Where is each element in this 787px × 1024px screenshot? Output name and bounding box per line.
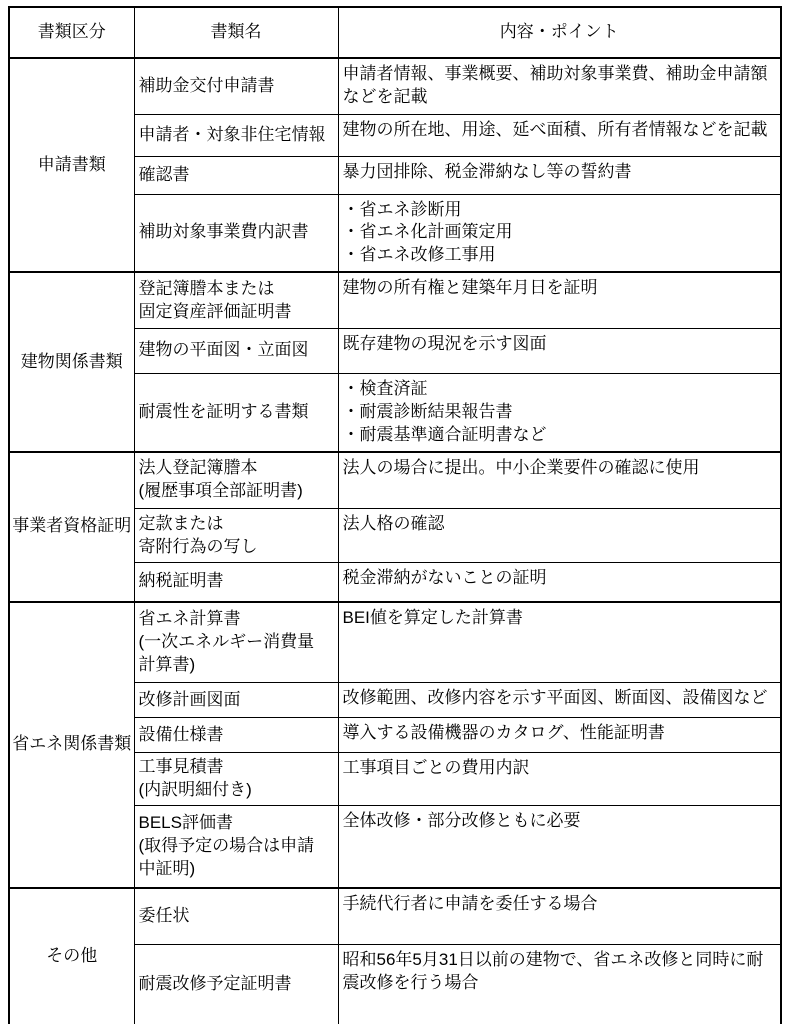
table-row: 申請書類補助金交付申請書申請者情報、事業概要、補助対象事業費、補助金申請額などを… xyxy=(9,58,781,114)
header-document-name: 書類名 xyxy=(134,7,338,58)
header-row: 書類区分 書類名 内容・ポイント xyxy=(9,7,781,58)
content-points-cell: ・省エネ診断用 ・省エネ化計画策定用 ・省エネ改修工事用 xyxy=(338,194,781,272)
category-cell: 事業者資格証明 xyxy=(9,452,134,602)
content-points-cell: 法人の場合に提出。中小企業要件の確認に使用 xyxy=(338,452,781,509)
content-points-cell: 法人格の確認 xyxy=(338,509,781,563)
document-name-cell: 納税証明書 xyxy=(134,563,338,602)
content-points-cell: 導入する設備機器のカタログ、性能証明書 xyxy=(338,718,781,753)
category-cell: 申請書類 xyxy=(9,58,134,272)
table-row: その他委任状手続代行者に申請を委任する場合 xyxy=(9,888,781,945)
header-content-points: 内容・ポイント xyxy=(338,7,781,58)
content-points-cell: 税金滞納がないことの証明 xyxy=(338,563,781,602)
document-name-cell: 耐震改修予定証明書 xyxy=(134,945,338,1024)
document-name-cell: 改修計画図面 xyxy=(134,683,338,718)
header-category: 書類区分 xyxy=(9,7,134,58)
document-name-cell: BELS評価書 (取得予定の場合は申請 中証明) xyxy=(134,806,338,888)
category-cell: 省エネ関係書類 xyxy=(9,602,134,888)
document-name-cell: 省エネ計算書 (一次エネルギー消費量 計算書) xyxy=(134,602,338,683)
document-name-cell: 法人登記簿謄本 (履歴事項全部証明書) xyxy=(134,452,338,509)
category-cell: 建物関係書類 xyxy=(9,272,134,451)
content-points-cell: 建物の所在地、用途、延べ面積、所有者情報などを記載 xyxy=(338,114,781,156)
document-table: 書類区分 書類名 内容・ポイント 申請書類補助金交付申請書申請者情報、事業概要、… xyxy=(8,6,782,1024)
document-page: 書類区分 書類名 内容・ポイント 申請書類補助金交付申請書申請者情報、事業概要、… xyxy=(0,0,787,1024)
document-name-cell: 補助金交付申請書 xyxy=(134,58,338,114)
document-name-cell: 登記簿謄本または 固定資産評価証明書 xyxy=(134,272,338,328)
document-name-cell: 建物の平面図・立面図 xyxy=(134,328,338,373)
document-name-cell: 委任状 xyxy=(134,888,338,945)
document-name-cell: 申請者・対象非住宅情報 xyxy=(134,114,338,156)
content-points-cell: 既存建物の現況を示す図面 xyxy=(338,328,781,373)
content-points-cell: ・検査済証 ・耐震診断結果報告書 ・耐震基準適合証明書など xyxy=(338,373,781,451)
document-name-cell: 工事見積書 (内訳明細付き) xyxy=(134,753,338,806)
content-points-cell: 手続代行者に申請を委任する場合 xyxy=(338,888,781,945)
content-points-cell: 暴力団排除、税金滞納なし等の誓約書 xyxy=(338,156,781,194)
content-points-cell: 昭和56年5月31日以前の建物で、省エネ改修と同時に耐震改修を行う場合 xyxy=(338,945,781,1024)
table-row: 省エネ関係書類省エネ計算書 (一次エネルギー消費量 計算書)BEI値を算定した計… xyxy=(9,602,781,683)
content-points-cell: BEI値を算定した計算書 xyxy=(338,602,781,683)
content-points-cell: 改修範囲、改修内容を示す平面図、断面図、設備図など xyxy=(338,683,781,718)
content-points-cell: 申請者情報、事業概要、補助対象事業費、補助金申請額などを記載 xyxy=(338,58,781,114)
document-name-cell: 補助対象事業費内訳書 xyxy=(134,194,338,272)
content-points-cell: 全体改修・部分改修ともに必要 xyxy=(338,806,781,888)
table-row: 事業者資格証明法人登記簿謄本 (履歴事項全部証明書)法人の場合に提出。中小企業要… xyxy=(9,452,781,509)
table-row: 建物関係書類登記簿謄本または 固定資産評価証明書建物の所有権と建築年月日を証明 xyxy=(9,272,781,328)
document-name-cell: 耐震性を証明する書類 xyxy=(134,373,338,451)
document-name-cell: 設備仕様書 xyxy=(134,718,338,753)
category-cell: その他 xyxy=(9,888,134,1024)
document-name-cell: 定款または 寄附行為の写し xyxy=(134,509,338,563)
document-name-cell: 確認書 xyxy=(134,156,338,194)
content-points-cell: 工事項目ごとの費用内訳 xyxy=(338,753,781,806)
document-table-body: 申請書類補助金交付申請書申請者情報、事業概要、補助対象事業費、補助金申請額などを… xyxy=(9,58,781,1024)
content-points-cell: 建物の所有権と建築年月日を証明 xyxy=(338,272,781,328)
